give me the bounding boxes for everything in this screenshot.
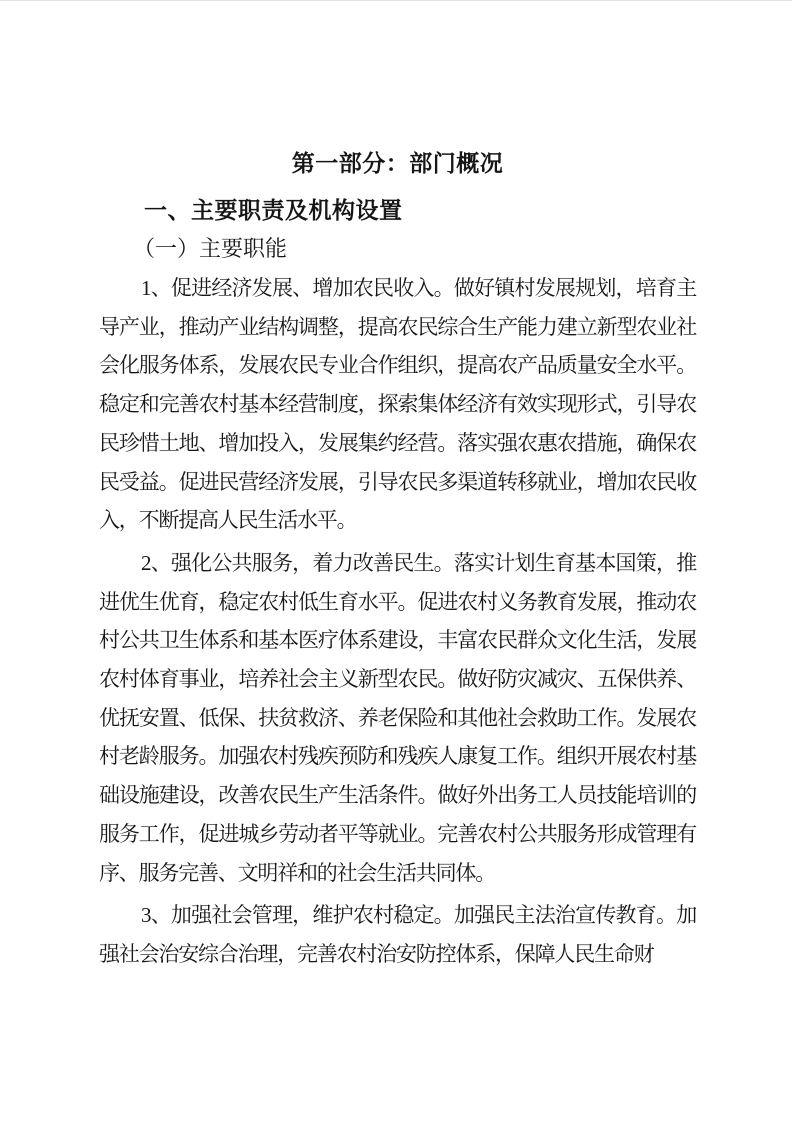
subsection-heading: （一）主要职能 bbox=[99, 234, 696, 264]
document-title: 第一部分：部门概况 bbox=[99, 148, 696, 178]
paragraph-1: 1、促进经济发展、增加农民收入。做好镇村发展规划，培育主导产业，推动产业结构调整… bbox=[99, 269, 696, 540]
document-body: 1、促进经济发展、增加农民收入。做好镇村发展规划，培育主导产业，推动产业结构调整… bbox=[99, 269, 696, 974]
document-page: 第一部分：部门概况 一、主要职责及机构设置 （一）主要职能 1、促进经济发展、增… bbox=[0, 0, 792, 1121]
paragraph-3: 3、加强社会管理，维护农村稳定。加强民主法治宣传教育。加强社会治安综合治理，完善… bbox=[99, 896, 696, 973]
paragraph-2: 2、强化公共服务，着力改善民生。落实计划生育基本国策，推进优生优育，稳定农村低生… bbox=[99, 544, 696, 892]
section-heading: 一、主要职责及机构设置 bbox=[99, 195, 696, 225]
